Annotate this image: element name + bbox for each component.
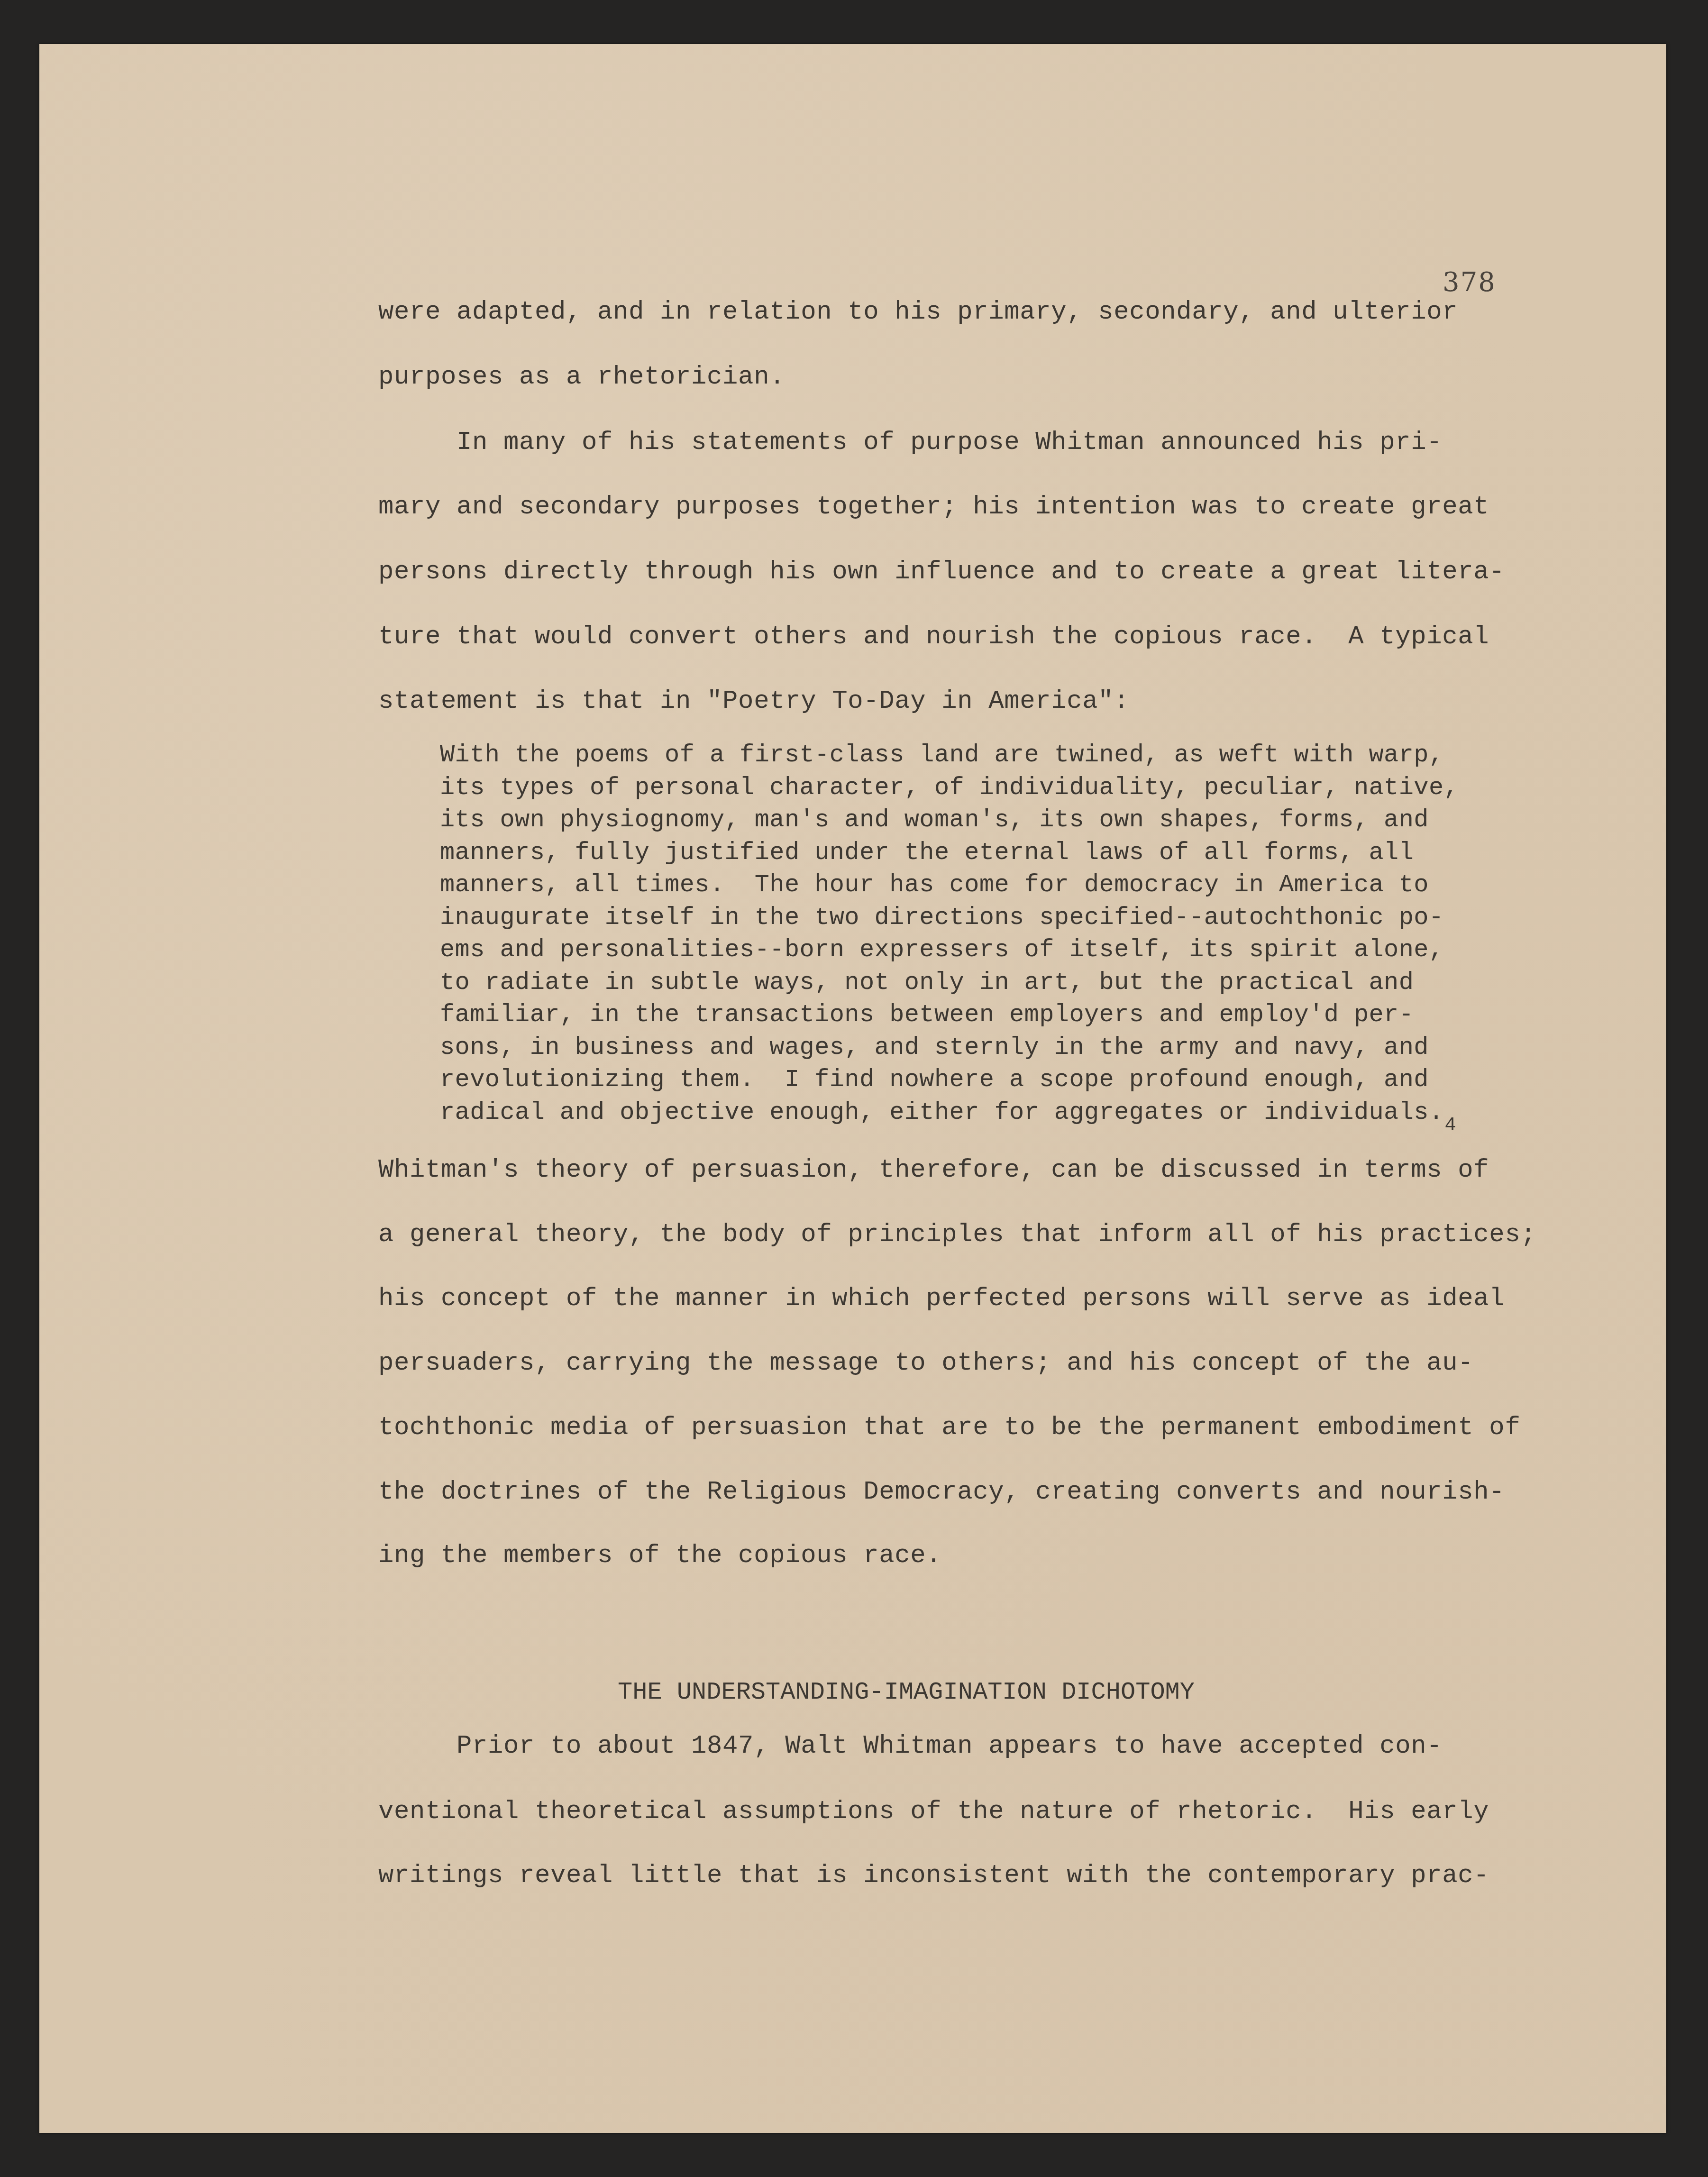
quote-line: With the poems of a first-class land are… [440,741,1444,769]
text-line: Whitman's theory of persuasion, therefor… [378,1156,1489,1185]
text-line: a general theory, the body of principles… [378,1220,1536,1249]
text-line: were adapted, and in relation to his pri… [378,298,1458,327]
text-line: tochthonic media of persuasion that are … [378,1413,1520,1442]
typescript-page: 378 were adapted, and in relation to his… [39,44,1666,2133]
quote-line: to radiate in subtle ways, not only in a… [440,969,1414,997]
quote-line: ems and personalities--born expressers o… [440,936,1444,964]
text-line: In many of his statements of purpose Whi… [378,428,1442,457]
text-line: ing the members of the copious race. [378,1541,941,1570]
page-number: 378 [1443,267,1496,298]
text-line: the doctrines of the Religious Democracy… [378,1478,1505,1507]
footnote-marker: 4 [1445,1115,1456,1136]
text-line: writings reveal little that is inconsist… [378,1861,1489,1890]
quote-line: manners, fully justified under the etern… [440,839,1414,867]
text-line: purposes as a rhetorician. [378,363,785,392]
section-heading: THE UNDERSTANDING-IMAGINATION DICHOTOMY [618,1678,1195,1706]
text-line: his concept of the manner in which perfe… [378,1284,1505,1313]
text-line: statement is that in "Poetry To-Day in A… [378,687,1129,716]
text-line: mary and secondary purposes together; hi… [378,493,1489,521]
quote-line: its types of personal character, of indi… [440,774,1459,802]
quote-line: revolutionizing them. I find nowhere a s… [440,1066,1429,1094]
text-line: persuaders, carrying the message to othe… [378,1349,1473,1378]
quote-line: sons, in business and wages, and sternly… [440,1034,1429,1061]
quote-line: familiar, in the transactions between em… [440,1001,1414,1029]
text-line: Prior to about 1847, Walt Whitman appear… [378,1732,1442,1761]
text-line: ture that would convert others and nouri… [378,622,1489,651]
text-line: persons directly through his own influen… [378,558,1505,586]
quote-line: manners, all times. The hour has come fo… [440,871,1429,899]
text-line: ventional theoretical assumptions of the… [378,1797,1489,1826]
quote-line: inaugurate itself in the two directions … [440,904,1444,932]
quote-text: radical and objective enough, either for… [440,1098,1444,1126]
quote-line-final: radical and objective enough, either for… [440,1098,1456,1126]
quote-line: its own physiognomy, man's and woman's, … [440,806,1429,834]
